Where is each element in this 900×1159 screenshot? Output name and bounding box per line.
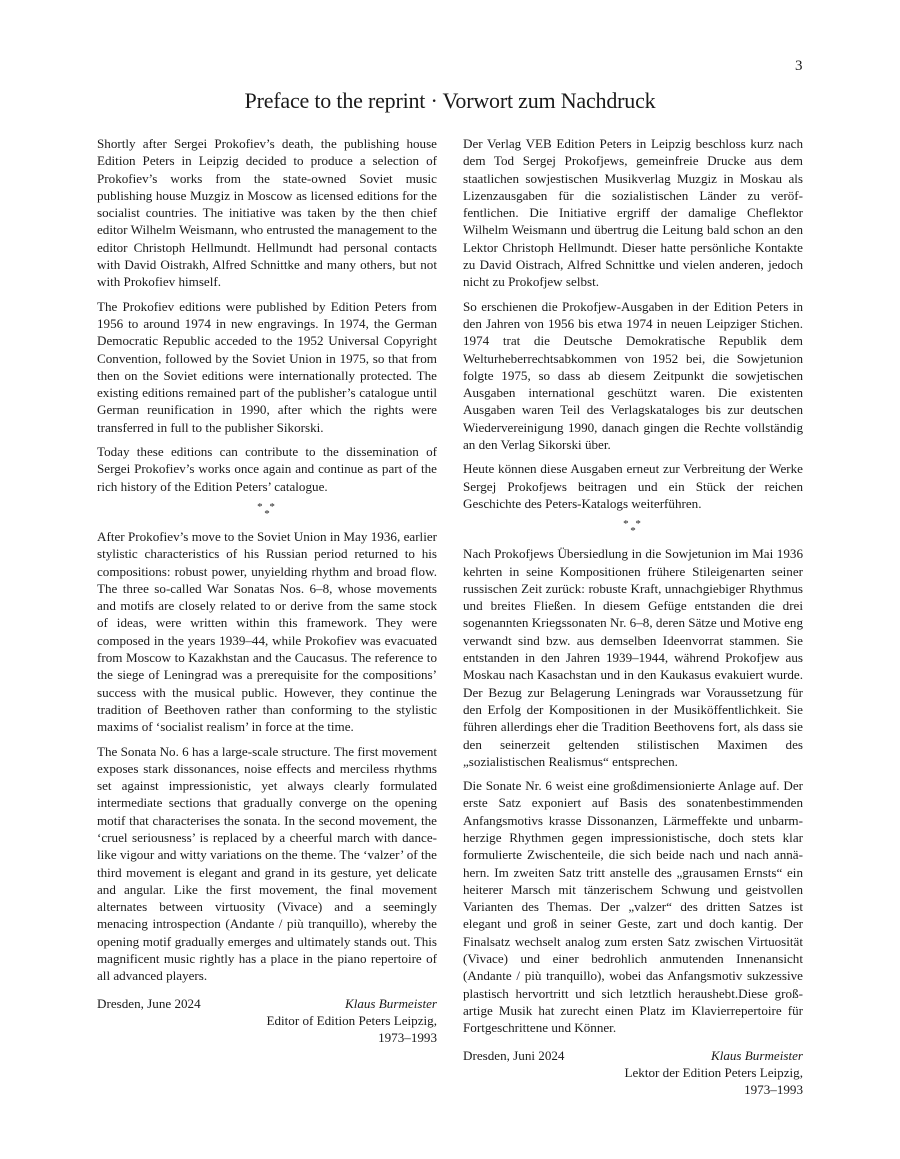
place-date: Dresden, Juni 2024 [463,1047,564,1064]
paragraph-de-2: So erschienen die Prokofjew-Ausgaben in … [463,298,803,454]
paragraph-de-1: Der Verlag VEB Edition Peters in Leipzig… [463,135,803,291]
page-number: 3 [795,58,803,75]
paragraph-de-5: Die Sonate Nr. 6 weist eine großdimensio… [463,777,803,1036]
author-years: 1973–1993 [97,1029,437,1046]
author-role: Editor of Edition Peters Leipzig, [97,1012,437,1029]
paragraph-en-3: Today these editions can contribute to t… [97,443,437,495]
author-name: Klaus Burmeister [345,995,437,1012]
page-title: Preface to the reprint · Vorwort zum Nac… [0,88,900,114]
signature-en: Dresden, June 2024 Klaus Burmeister Edit… [97,995,437,1047]
signature-de: Dresden, Juni 2024 Klaus Burmeister Lekt… [463,1047,803,1099]
asterism-separator: * ** [463,519,803,541]
author-name: Klaus Burmeister [711,1047,803,1064]
paragraph-de-3: Heute können diese Ausgaben erneut zur V… [463,460,803,512]
author-years: 1973–1993 [463,1081,803,1098]
author-role: Lektor der Edition Peters Leipzig, [463,1064,803,1081]
paragraph-de-4: Nach Prokofjews Übersiedlung in die Sowj… [463,545,803,770]
paragraph-en-2: The Prokofiev editions were published by… [97,298,437,436]
paragraph-en-5: The Sonata No. 6 has a large-scale struc… [97,743,437,985]
paragraph-en-4: After Prokofiev’s move to the Soviet Uni… [97,528,437,736]
paragraph-en-1: Shortly after Sergei Prokofiev’s death, … [97,135,437,291]
place-date: Dresden, June 2024 [97,995,201,1012]
asterism-separator: * ** [97,502,437,524]
german-column: Der Verlag VEB Edition Peters in Leipzig… [463,135,803,1098]
english-column: Shortly after Sergei Prokofiev’s death, … [97,135,437,1047]
